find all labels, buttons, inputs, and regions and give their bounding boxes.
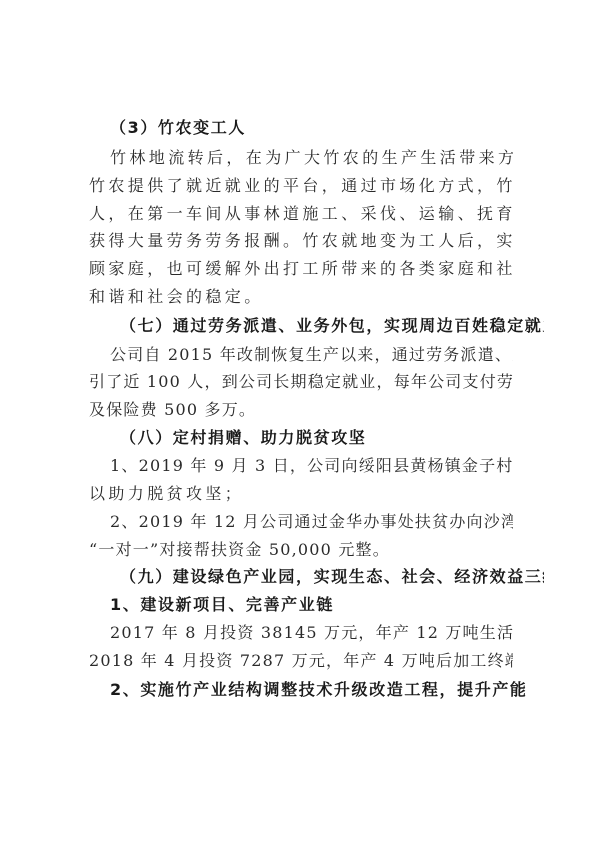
section-9-sub-1-paragraph-line: 2018 年 4 月投资 7287 万元，年产 4 万吨后加工终端纸项目建成投产… xyxy=(89,651,513,671)
section-3-paragraph-line: 顾家庭，也可缓解外出打工所带来的各类家庭和社会矛盾，促进家庭的 xyxy=(89,259,513,279)
section-8-item-2-line: “一对一”对接帮扶资金 50,000 元整。 xyxy=(89,540,513,560)
section-8-item-1-line: 以助力脱贫攻坚； xyxy=(89,484,513,504)
section-7-heading: （七）通过劳务派遣、业务外包，实现周边百姓稳定就业 xyxy=(120,316,544,336)
section-7-paragraph-line: 公司自 2015 年改制恢复生产以来，通过劳务派遣、业务外包，吸 xyxy=(110,345,513,365)
section-3-paragraph-line: 人，在第一车间从事林道施工、采伐、运输、抚育管理等工作，可长期 xyxy=(89,204,513,224)
section-7-paragraph-line: 引了近 100 人，到公司长期稳定就业，每年公司支付劳务派遣员工工资 xyxy=(89,372,513,392)
section-9-sub-1-heading: 1、建设新项目、完善产业链 xyxy=(110,595,534,615)
section-3-paragraph-line: 和谐和社会的稳定。 xyxy=(89,287,513,307)
section-9-sub-2-heading: 2、实施竹产业结构调整技术升级改造工程，提升产能 xyxy=(110,680,534,700)
section-8-item-2-line: 2、2019 年 12 月公司通过金华办事处扶贫办向沙湾社区贫困户支助 xyxy=(110,512,513,532)
document-page: （3）竹农变工人 竹林地流转后，在为广大竹农的生产生活带来方便的同时，更为 竹农… xyxy=(0,0,600,848)
section-8-item-1-line: 1、2019 年 9 月 3 日，公司向绥阳县黄杨镇金子村捐赠了 100 万， xyxy=(110,456,513,476)
section-3-heading: （3）竹农变工人 xyxy=(110,118,534,138)
section-3-paragraph-line: 竹农提供了就近就业的平台，通过市场化方式，竹农成为第一车间的工 xyxy=(89,176,513,196)
section-7-paragraph-line: 及保险费 500 多万。 xyxy=(89,400,513,420)
section-9-heading: （九）建设绿色产业园，实现生态、社会、经济效益三结合 xyxy=(120,567,544,587)
section-3-paragraph-line: 竹林地流转后，在为广大竹农的生产生活带来方便的同时，更为 xyxy=(110,148,513,168)
section-8-heading: （八）定村捐赠、助力脱贫攻坚 xyxy=(120,428,544,448)
section-3-paragraph-line: 获得大量劳务劳务报酬。竹农就地变为工人后，实现在家就地打工和照 xyxy=(89,231,513,251)
section-9-sub-1-paragraph-line: 2017 年 8 月投资 38145 万元，年产 12 万吨生活原纸项目建成投产… xyxy=(110,623,513,643)
